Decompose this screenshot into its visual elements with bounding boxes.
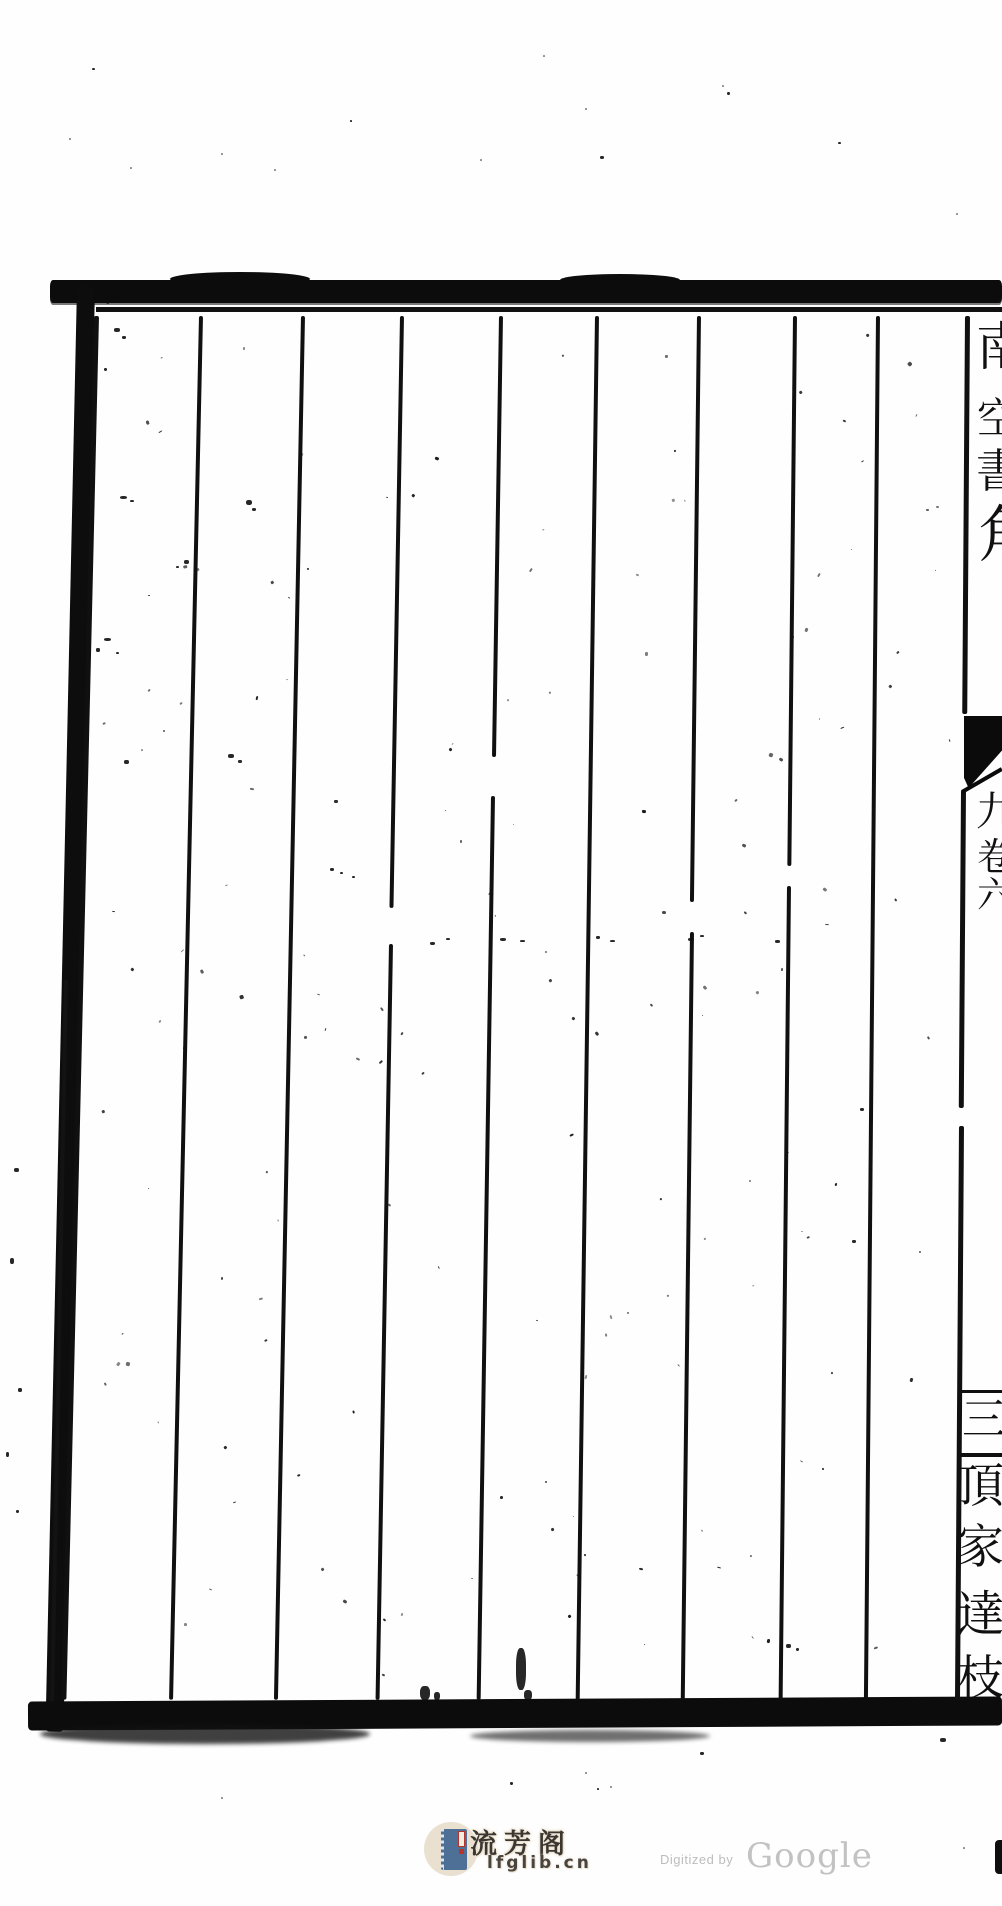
ink-speck: [672, 498, 676, 502]
ink-speck: [768, 752, 773, 757]
ink-mark: [122, 336, 126, 339]
ink-speck: [159, 430, 163, 433]
ink-mark: [352, 876, 355, 878]
ink-speck: [570, 1133, 574, 1136]
ink-speck: [548, 979, 552, 983]
ink-mark: [16, 1510, 19, 1513]
frame-bottom-smear: [470, 1730, 710, 1742]
ink-speck: [835, 1183, 838, 1186]
ink-speck: [157, 1421, 159, 1424]
ink-speck: [767, 1639, 770, 1643]
ink-mark: [860, 1108, 864, 1111]
ink-mark: [838, 142, 841, 144]
ink-speck: [274, 169, 276, 171]
ink-speck: [585, 1772, 587, 1774]
banxin-juan-char: 卷: [977, 838, 1002, 876]
ink-speck: [233, 1501, 236, 1503]
ink-speck: [356, 1057, 360, 1060]
ink-speck: [158, 1020, 161, 1023]
ink-speck: [674, 450, 676, 452]
column-line: [690, 316, 701, 902]
ink-speck: [286, 679, 288, 681]
ink-mark: [334, 800, 338, 803]
ink-speck: [568, 1614, 572, 1618]
ink-speck: [400, 1032, 403, 1035]
ink-mark: [430, 942, 435, 945]
page-number-box-bottom: [957, 1453, 1002, 1457]
ink-mark: [96, 648, 100, 652]
ink-speck: [817, 573, 820, 577]
ink-speck: [798, 390, 803, 395]
ink-speck: [645, 652, 648, 656]
ink-speck: [181, 949, 185, 952]
column-line: [864, 316, 880, 1700]
ink-speck: [200, 969, 204, 974]
column-line: [779, 886, 791, 1700]
banxin-lower-char: 達: [956, 1590, 1002, 1639]
ink-speck: [161, 357, 163, 359]
frame-top-border-smudge: [170, 272, 310, 286]
ink-mark: [246, 500, 252, 505]
ink-mark: [330, 868, 334, 871]
ink-speck: [102, 722, 106, 725]
banxin-lower-char: 三: [962, 1398, 1002, 1442]
ink-speck: [303, 954, 305, 957]
column-line: [389, 316, 404, 908]
ink-speck: [605, 1333, 607, 1336]
ink-speck: [451, 743, 453, 745]
ink-speck: [919, 1251, 921, 1253]
ink-speck: [301, 453, 303, 457]
ink-speck: [894, 898, 898, 902]
ink-speck: [500, 1496, 503, 1499]
ink-speck: [823, 887, 828, 891]
ink-speck: [471, 1578, 474, 1580]
ink-speck: [239, 995, 244, 1000]
ink-speck: [585, 108, 587, 110]
ink-speck: [755, 991, 759, 995]
ink-speck: [562, 354, 564, 357]
ink-speck: [320, 1567, 324, 1572]
ink-speck: [264, 1339, 267, 1342]
ink-speck: [379, 1060, 383, 1064]
ink-speck: [147, 689, 151, 693]
column-line: [477, 796, 495, 1700]
ink-speck: [141, 749, 144, 752]
frame-bottom-smear: [40, 1724, 370, 1744]
ink-speck: [271, 580, 275, 584]
ink-speck: [183, 565, 187, 569]
ink-speck: [104, 1382, 107, 1385]
banxin-juan-char: 九: [976, 792, 1002, 832]
ink-speck: [956, 213, 958, 215]
ink-speck: [550, 1528, 554, 1532]
ink-speck: [819, 718, 820, 721]
ink-speck: [445, 810, 446, 811]
ink-speck: [146, 420, 150, 424]
ink-mark: [510, 1782, 513, 1785]
ink-mark: [596, 936, 600, 939]
ink-speck: [595, 1031, 600, 1036]
ink-speck: [927, 1036, 930, 1040]
ink-mark: [252, 508, 256, 511]
ink-speck: [506, 699, 509, 702]
ink-speck: [684, 500, 685, 502]
ink-mark: [610, 940, 615, 942]
ink-speck: [543, 55, 545, 57]
ink-speck: [667, 1295, 669, 1298]
ink-speck: [936, 506, 939, 508]
ink-speck: [536, 1320, 538, 1322]
banxin-juan-char: 六: [977, 878, 1002, 914]
ink-speck: [701, 1530, 703, 1532]
ink-speck: [380, 1007, 384, 1011]
frame-top-rule: [96, 307, 1002, 312]
ink-speck: [435, 456, 439, 460]
ink-speck: [266, 1171, 268, 1173]
ink-speck: [437, 1266, 440, 1270]
ink-mark: [796, 1648, 799, 1651]
ink-mark: [18, 1388, 22, 1392]
ink-speck: [717, 1567, 721, 1569]
ink-mark: [114, 328, 120, 332]
ink-speck: [610, 1786, 612, 1788]
ink-speck: [352, 1410, 355, 1414]
ink-speck: [702, 985, 707, 990]
ink-mark: [852, 1240, 856, 1243]
ink-speck: [831, 1372, 834, 1375]
ink-speck: [179, 702, 183, 706]
book-label-icon: [458, 1831, 465, 1847]
ink-speck: [411, 493, 415, 497]
ink-speck: [126, 1362, 130, 1366]
ink-mark: [786, 1644, 791, 1648]
edge-fragment: [995, 1840, 1002, 1874]
ink-speck: [935, 570, 937, 572]
ink-speck: [304, 1036, 308, 1040]
ink-mark: [500, 938, 506, 941]
ink-mark: [238, 760, 242, 763]
frame-top-border-smudge: [560, 274, 680, 286]
ink-speck: [401, 1613, 404, 1616]
banxin-title-char: 書: [976, 448, 1002, 494]
ink-speck: [148, 1188, 149, 1189]
ink-mark: [700, 1752, 704, 1755]
ink-mark: [597, 1788, 599, 1790]
ink-speck: [702, 1015, 704, 1017]
ink-speck: [753, 1285, 755, 1287]
ink-speck: [69, 138, 71, 140]
banxin-title-char: 角: [978, 504, 1002, 566]
ink-speck: [866, 333, 870, 337]
ink-speck: [121, 1333, 123, 1335]
ink-speck: [644, 1644, 645, 1646]
ink-mark: [10, 1258, 14, 1264]
ink-speck: [223, 1445, 227, 1449]
ink-speck: [495, 915, 497, 917]
scanned-book-page: 南 空 書 角 九 卷 六 三 頂 家 達 枝 流芳阁 lfglib.cn Di…: [0, 0, 1002, 1906]
ink-speck: [421, 1072, 425, 1075]
ink-speck: [677, 1364, 680, 1367]
ink-speck: [184, 1623, 187, 1626]
banxin-lower-char: 頂: [957, 1463, 1002, 1510]
ink-speck: [804, 628, 808, 632]
banxin-lower-char: 家: [957, 1524, 1002, 1571]
ink-speck: [297, 1474, 300, 1477]
ink-speck: [225, 884, 228, 886]
ink-speck: [825, 924, 829, 926]
ink-speck: [781, 968, 783, 971]
ink-speck: [650, 1003, 653, 1006]
ink-speck: [861, 460, 864, 463]
ink-speck: [636, 573, 639, 576]
ink-speck: [665, 355, 669, 358]
ink-speck: [889, 684, 893, 688]
ink-speck: [627, 1312, 630, 1315]
column-line: [492, 316, 503, 757]
ink-speck: [529, 568, 532, 572]
ink-speck: [778, 757, 783, 762]
ink-speck: [209, 1588, 212, 1590]
ink-mark: [116, 652, 119, 654]
column-line: [169, 316, 203, 1700]
ink-speck: [744, 911, 747, 914]
ink-speck: [751, 1636, 754, 1639]
ink-speck: [545, 951, 548, 953]
ink-speck: [256, 696, 258, 700]
ink-speck: [843, 419, 846, 422]
ink-speck: [874, 1646, 878, 1649]
ink-speck: [130, 167, 132, 169]
ink-mark: [700, 935, 704, 937]
ink-speck: [102, 1110, 106, 1113]
ink-mark: [104, 638, 111, 641]
banxin-title-char: 空: [977, 398, 1002, 440]
ink-speck: [112, 911, 115, 913]
ink-speck: [325, 1028, 327, 1031]
column-line: [375, 944, 392, 1700]
ink-speck: [822, 1468, 824, 1470]
ink-speck: [343, 1599, 348, 1603]
column-line: [680, 932, 693, 1700]
ink-mark: [14, 1168, 19, 1172]
ink-mark: [350, 120, 352, 122]
ink-speck: [910, 1378, 914, 1382]
ink-speck: [549, 692, 551, 694]
ink-speck: [609, 1315, 612, 1319]
ink-mark: [340, 872, 343, 874]
ink-speck: [851, 549, 853, 551]
ink-speck: [221, 1797, 223, 1799]
ink-speck: [750, 1555, 752, 1557]
ink-mark: [775, 940, 780, 943]
column-line: [787, 316, 797, 866]
ink-speck: [572, 1017, 576, 1021]
ink-speck: [243, 347, 245, 350]
ink-speck: [386, 497, 389, 499]
column-line: [576, 316, 599, 1700]
ink-mark: [434, 1692, 440, 1700]
ink-speck: [513, 824, 515, 825]
ink-speck: [907, 361, 912, 366]
ink-speck: [317, 994, 320, 996]
ink-mark: [124, 760, 129, 764]
ink-speck: [573, 1516, 574, 1518]
ink-speck: [642, 810, 646, 813]
banxin-title-char: 南: [976, 322, 1002, 374]
ink-mark: [130, 500, 134, 502]
ink-speck: [801, 1231, 803, 1232]
ink-speck: [800, 1460, 803, 1463]
ink-speck: [741, 843, 746, 848]
ink-mark: [420, 1686, 430, 1700]
ink-speck: [382, 1674, 385, 1677]
google-logo-text: Google: [746, 1836, 873, 1876]
ink-speck: [734, 799, 738, 802]
ink-speck: [148, 595, 150, 596]
ink-speck: [163, 730, 165, 732]
ink-mark: [516, 1648, 526, 1690]
ink-speck: [250, 788, 254, 790]
ink-speck: [221, 153, 223, 155]
ink-speck: [460, 840, 462, 843]
ink-speck: [307, 568, 310, 570]
ink-speck: [277, 1219, 279, 1221]
ink-mark: [228, 754, 234, 758]
ink-speck: [926, 509, 929, 511]
ink-mark: [688, 938, 694, 941]
ink-speck: [704, 1238, 706, 1240]
lfglib-domain-text: lfglib.cn: [487, 1853, 592, 1873]
book-seal-icon: [459, 1849, 464, 1854]
ink-speck: [383, 1618, 387, 1621]
ink-mark: [176, 566, 179, 568]
ink-mark: [6, 1452, 9, 1457]
ink-speck: [259, 1297, 263, 1300]
page-number-box-top: [960, 1390, 1002, 1393]
ink-speck: [749, 1180, 751, 1182]
ink-speck: [915, 414, 917, 417]
ink-speck: [131, 967, 135, 971]
ink-speck: [806, 1236, 810, 1239]
column-line: [274, 316, 305, 1700]
ink-mark: [940, 1738, 946, 1742]
ink-mark: [520, 940, 525, 942]
ink-speck: [660, 1198, 662, 1200]
ink-speck: [585, 1375, 588, 1379]
ink-speck: [722, 85, 724, 87]
ink-mark: [600, 156, 604, 159]
ink-mark: [524, 1690, 532, 1700]
column-line: [962, 316, 970, 714]
ink-speck: [662, 911, 666, 915]
ink-mark: [120, 496, 127, 499]
ink-mark: [184, 560, 189, 564]
column-line: [959, 790, 966, 1108]
ink-speck: [841, 727, 845, 729]
ink-speck: [963, 1847, 965, 1849]
ink-speck: [221, 1277, 224, 1280]
ink-speck: [584, 1554, 586, 1556]
ink-speck: [545, 1481, 547, 1483]
ink-mark: [446, 938, 450, 940]
ink-speck: [480, 159, 482, 161]
digitized-by-text: Digitized by: [660, 1852, 733, 1867]
ink-speck: [196, 568, 200, 572]
ink-speck: [948, 739, 950, 742]
ink-mark: [92, 68, 95, 70]
ink-speck: [896, 651, 899, 654]
ink-speck: [543, 529, 545, 530]
ink-speck: [116, 1362, 120, 1366]
ink-mark: [727, 92, 730, 95]
ink-speck: [288, 597, 290, 599]
banxin-lower-char: 枝: [957, 1655, 1002, 1702]
ink-mark: [104, 368, 107, 371]
ink-speck: [639, 1568, 643, 1571]
ink-speck: [448, 748, 452, 752]
